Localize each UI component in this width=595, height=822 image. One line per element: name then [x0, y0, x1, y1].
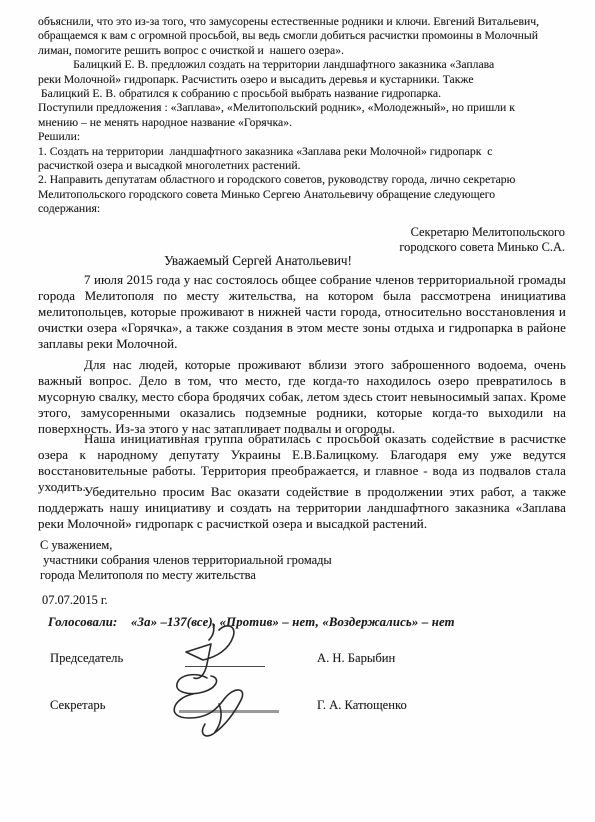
protocol-resolution-heading: Решили:	[38, 130, 581, 144]
closing-block: С уважением, участники собрания членов т…	[40, 538, 332, 584]
document-date: 07.07.2015 г.	[42, 593, 108, 608]
salutation: Уважаемый Сергей Анатольевич!	[38, 253, 478, 269]
protocol-text-block: объяснили, что это из-за того, что замус…	[38, 15, 581, 217]
closing-line-3: города Мелитополя по месту жительства	[40, 568, 332, 583]
protocol-resolution-item: расчисткой озера и высадкой многолетних …	[38, 159, 581, 173]
closing-line-1: С уважением,	[40, 538, 332, 553]
protocol-line: обращаемся к вам с огромной просьбой, вы…	[38, 29, 581, 43]
handwritten-signature-scribble	[153, 620, 323, 745]
protocol-resolution-item: Мелитопольского городского совета Минько…	[38, 188, 581, 202]
signature-name-secretary: Г. А. Катющенко	[317, 698, 407, 713]
letter-paragraph-4: Убедительно просим Вас оказати содействи…	[38, 484, 566, 532]
protocol-line: мнению – не менять народное название «Го…	[38, 116, 581, 130]
closing-line-2: участники собрания членов территориально…	[40, 553, 332, 568]
protocol-line: Балицкий Е. В. обратился к собранию с пр…	[38, 87, 581, 101]
scanned-document-page: объяснили, что это из-за того, что замус…	[0, 0, 595, 822]
addressee-line-1: Секретарю Мелитопольского	[399, 225, 565, 240]
signature-role-chairman: Председатель	[50, 651, 123, 666]
letter-paragraph-2: Для нас людей, которые проживают вблизи …	[38, 357, 566, 437]
letter-paragraph-1: 7 июля 2015 года у нас состоялось общее …	[38, 272, 566, 352]
protocol-line: Поступили предложения : «Заплава», «Мели…	[38, 101, 581, 115]
protocol-line: Балицкий Е. В. предложил создать на терр…	[38, 58, 581, 72]
protocol-resolution-item: содержания:	[38, 202, 581, 216]
protocol-line: реки Молочной» гидропарк. Расчистить озе…	[38, 73, 581, 87]
protocol-resolution-item: 2. Направить депутатам областного и горо…	[38, 173, 581, 187]
addressee-block: Секретарю Мелитопольского городского сов…	[399, 225, 565, 255]
signature-name-chairman: А. Н. Барыбин	[317, 651, 395, 666]
protocol-resolution-item: 1. Создать на территории ландшафтного за…	[38, 145, 581, 159]
signature-role-secretary: Секретарь	[50, 698, 105, 713]
protocol-line: объяснили, что это из-за того, что замус…	[38, 15, 581, 29]
protocol-line: лиман, помогите решить вопрос с очисткой…	[38, 44, 581, 58]
